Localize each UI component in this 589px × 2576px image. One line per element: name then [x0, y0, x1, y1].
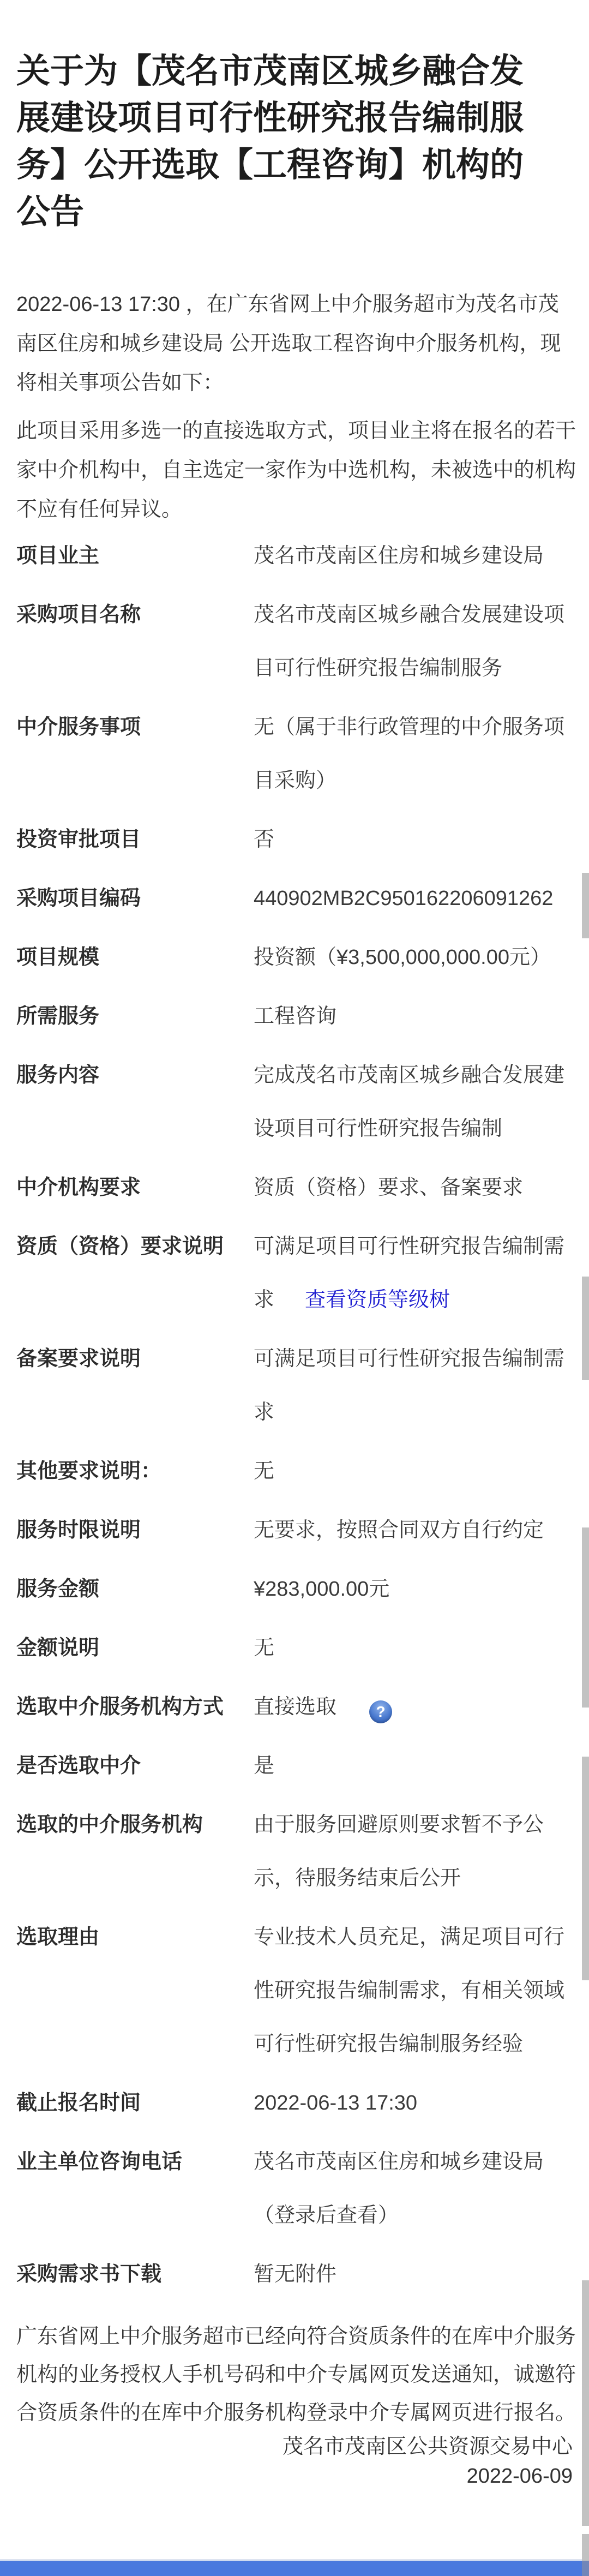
- field-value: 是: [254, 1739, 573, 1793]
- intro-paragraph-2: 此项目采用多选一的直接选取方式，项目业主将在报名的若干家中介机构中，自主选定一家…: [16, 411, 589, 529]
- field-label: 选取的中介服务机构: [16, 1798, 254, 1905]
- field-label: 采购项目名称: [16, 588, 254, 695]
- field-value-text: 茂名市茂南区住房和城乡建设局（登录后查看）: [254, 2150, 544, 2227]
- field-value: 无: [254, 1445, 573, 1498]
- field-label: 选取中介服务机构方式: [16, 1680, 254, 1734]
- field-row: 采购项目名称 茂名市茂南区城乡融合发展建设项目可行性研究报告编制服务: [16, 588, 589, 695]
- field-value-text: 完成茂名市茂南区城乡融合发展建设项目可行性研究报告编制: [254, 1064, 564, 1140]
- field-label: 金额说明: [16, 1621, 254, 1675]
- field-row: 截止报名时间 2022-06-13 17:30: [16, 2076, 589, 2130]
- field-label: 是否选取中介: [16, 1739, 254, 1793]
- field-value-text: 无: [254, 1637, 274, 1660]
- field-value-text: 无: [254, 1460, 274, 1483]
- field-label: 业主单位咨询电话: [16, 2135, 254, 2242]
- field-row: 采购项目编码 440902MB2C950162206091262: [16, 872, 589, 925]
- field-value-text: 无要求，按照合同双方自行约定: [254, 1519, 544, 1542]
- scrollbar-thumb[interactable]: [582, 2534, 589, 2561]
- field-value: 完成茂名市茂南区城乡融合发展建设项目可行性研究报告编制: [254, 1049, 573, 1155]
- field-row: 金额说明 无: [16, 1621, 589, 1675]
- field-value-text: 资质（资格）要求、备案要求: [254, 1176, 523, 1199]
- field-row: 项目业主 茂名市茂南区住房和城乡建设局: [16, 529, 589, 583]
- field-row: 选取的中介服务机构 由于服务回避原则要求暂不予公示，待服务结束后公开: [16, 1798, 589, 1905]
- field-label: 采购需求书下载: [16, 2248, 254, 2301]
- footer-organization: 茂名市茂南区公共资源交易中心: [16, 2432, 589, 2461]
- field-label: 中介机构要求: [16, 1161, 254, 1214]
- field-value-text: 茂名市茂南区住房和城乡建设局: [254, 544, 544, 567]
- field-value: 暂无附件: [254, 2248, 573, 2301]
- field-row: 是否选取中介 是: [16, 1739, 589, 1793]
- field-label: 中介服务事项: [16, 700, 254, 807]
- field-row: 中介机构要求 资质（资格）要求、备案要求: [16, 1161, 589, 1214]
- scrollbar-thumb[interactable]: [582, 1527, 589, 1708]
- scrollbar-thumb[interactable]: [582, 2280, 589, 2526]
- field-value: 无（属于非行政管理的中介服务项目采购）: [254, 700, 573, 807]
- field-label: 项目业主: [16, 529, 254, 583]
- intro-paragraph-1: 2022-06-13 17:30 ，在广东省网上中介服务超市为茂名市茂南区住房和…: [16, 285, 589, 403]
- field-label: 所需服务: [16, 990, 254, 1043]
- field-value-text: 可满足项目可行性研究报告编制需求: [254, 1347, 564, 1424]
- field-label: 资质（资格）要求说明: [16, 1220, 254, 1327]
- field-label: 服务金额: [16, 1562, 254, 1616]
- field-value-text: 无（属于非行政管理的中介服务项目采购）: [254, 716, 564, 792]
- field-value: 无要求，按照合同双方自行约定: [254, 1503, 573, 1557]
- field-row: 所需服务 工程咨询: [16, 990, 589, 1043]
- field-label: 备案要求说明: [16, 1332, 254, 1439]
- footer-date: 2022-06-09: [16, 2461, 589, 2491]
- field-row: 服务金额 ¥283,000.00元: [16, 1562, 589, 1616]
- field-value: 茂名市茂南区城乡融合发展建设项目可行性研究报告编制服务: [254, 588, 573, 695]
- field-value-text: 直接选取: [254, 1696, 336, 1718]
- qualification-tree-link[interactable]: 查看资质等级树: [305, 1289, 450, 1311]
- field-row: 项目规模 投资额（¥3,500,000,000.00元）: [16, 931, 589, 984]
- field-value: 专业技术人员充足，满足项目可行性研究报告编制需求，有相关领域可行性研究报告编制服…: [254, 1910, 573, 2071]
- field-label: 选取理由: [16, 1910, 254, 2071]
- scrollbar-thumb[interactable]: [582, 873, 589, 938]
- intro-section: 2022-06-13 17:30 ，在广东省网上中介服务超市为茂名市茂南区住房和…: [16, 285, 589, 529]
- field-row: 选取理由 专业技术人员充足，满足项目可行性研究报告编制需求，有相关领域可行性研究…: [16, 1910, 589, 2071]
- field-row: 选取中介服务机构方式 直接选取?: [16, 1680, 589, 1734]
- field-row: 资质（资格）要求说明 可满足项目可行性研究报告编制需求查看资质等级树: [16, 1220, 589, 1327]
- field-value-text: 茂名市茂南区城乡融合发展建设项目可行性研究报告编制服务: [254, 603, 564, 680]
- scrollbar-thumb[interactable]: [582, 1757, 589, 1980]
- field-label: 投资审批项目: [16, 813, 254, 866]
- field-row: 服务内容 完成茂名市茂南区城乡融合发展建设项目可行性研究报告编制: [16, 1049, 589, 1155]
- scrollbar-thumb[interactable]: [582, 1277, 589, 1380]
- field-value: 资质（资格）要求、备案要求: [254, 1161, 573, 1214]
- footer-notice: 广东省网上中介服务超市已经向符合资质条件的在库中介服务机构的业务授权人手机号码和…: [16, 2317, 589, 2432]
- field-value-text: 是: [254, 1754, 274, 1777]
- field-row: 采购需求书下载 暂无附件: [16, 2248, 589, 2301]
- field-label: 项目规模: [16, 931, 254, 984]
- field-value-text: ¥283,000.00元: [254, 1578, 389, 1601]
- field-value-text: 440902MB2C950162206091262: [254, 887, 553, 910]
- field-row: 投资审批项目 否: [16, 813, 589, 866]
- announcement-page: 关于为【茂名市茂南区城乡融合发展建设项目可行性研究报告编制服务】公开选取【工程咨…: [0, 0, 589, 2576]
- field-row: 服务时限说明 无要求，按照合同双方自行约定: [16, 1503, 589, 1557]
- page-title: 关于为【茂名市茂南区城乡融合发展建设项目可行性研究报告编制服务】公开选取【工程咨…: [16, 0, 537, 236]
- field-row: 备案要求说明 可满足项目可行性研究报告编制需求: [16, 1332, 589, 1439]
- field-value: 茂名市茂南区住房和城乡建设局（登录后查看）: [254, 2135, 573, 2242]
- help-icon[interactable]: ?: [369, 1700, 392, 1723]
- field-row: 其他要求说明： 无: [16, 1445, 589, 1498]
- field-value: 440902MB2C950162206091262: [254, 872, 573, 925]
- field-value-text: 工程咨询: [254, 1005, 336, 1028]
- field-row: 业主单位咨询电话 茂名市茂南区住房和城乡建设局（登录后查看）: [16, 2135, 589, 2242]
- field-value-text: 暂无附件: [254, 2263, 336, 2286]
- field-value: 工程咨询: [254, 990, 573, 1043]
- field-value: ¥283,000.00元: [254, 1562, 573, 1616]
- scrollbar-thumb[interactable]: [582, 2561, 589, 2576]
- field-value: 无: [254, 1621, 573, 1675]
- field-label: 采购项目编码: [16, 872, 254, 925]
- field-value-text: 投资额（¥3,500,000,000.00元）: [254, 946, 551, 969]
- field-value-text: 由于服务回避原则要求暂不予公示，待服务结束后公开: [254, 1813, 544, 1890]
- field-value: 可满足项目可行性研究报告编制需求: [254, 1332, 573, 1439]
- field-label: 服务时限说明: [16, 1503, 254, 1557]
- field-value: 可满足项目可行性研究报告编制需求查看资质等级树: [254, 1220, 573, 1327]
- field-value: 茂名市茂南区住房和城乡建设局: [254, 529, 573, 583]
- field-value: 投资额（¥3,500,000,000.00元）: [254, 931, 573, 984]
- field-value-text: 专业技术人员充足，满足项目可行性研究报告编制需求，有相关领域可行性研究报告编制服…: [254, 1926, 564, 2056]
- field-value: 由于服务回避原则要求暂不予公示，待服务结束后公开: [254, 1798, 573, 1905]
- field-label: 截止报名时间: [16, 2076, 254, 2130]
- bottom-accent-bar: [0, 2559, 589, 2576]
- field-value-text: 否: [254, 828, 274, 851]
- field-list: 项目业主 茂名市茂南区住房和城乡建设局 采购项目名称 茂名市茂南区城乡融合发展建…: [16, 529, 589, 2301]
- field-label: 其他要求说明：: [16, 1445, 254, 1498]
- field-value-text: 2022-06-13 17:30: [254, 2092, 417, 2114]
- field-value: 2022-06-13 17:30: [254, 2076, 573, 2130]
- field-value: 否: [254, 813, 573, 866]
- field-value: 直接选取?: [254, 1680, 573, 1734]
- field-row: 中介服务事项 无（属于非行政管理的中介服务项目采购）: [16, 700, 589, 807]
- field-label: 服务内容: [16, 1049, 254, 1155]
